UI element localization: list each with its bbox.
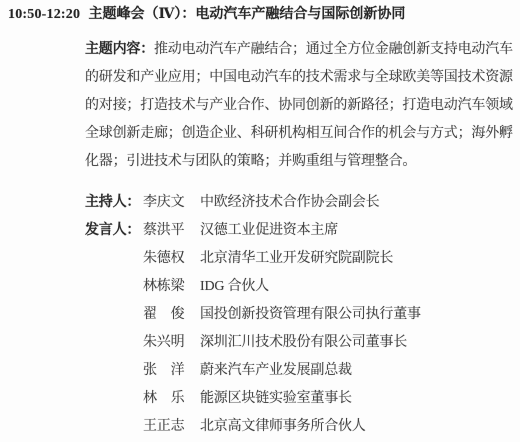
participant-row: 发言人： 蔡洪平 汉德工业促进资本主席	[85, 217, 520, 245]
topic-paragraph: 主题内容：推动电动汽车产融结合；通过全方位金融创新支持电动汽车 的研发和产业应用…	[85, 36, 515, 176]
participant-org: 蔚来汽车产业发展副总裁	[200, 357, 520, 385]
participant-name: 翟 俊	[143, 301, 200, 329]
participant-row: 林栋梁 IDG 合伙人	[85, 273, 520, 301]
participant-name: 林 乐	[143, 385, 200, 413]
participant-name: 蔡洪平	[143, 217, 200, 245]
participant-role-label	[85, 245, 143, 273]
participant-org: 国投创新投资管理有限公司执行董事	[200, 301, 520, 329]
participant-name: 李庆文	[143, 189, 200, 217]
participant-name: 张 洋	[143, 357, 200, 385]
topic-line: 的对接；打造技术与产业合作、协同创新的新路径；打造电动汽车领域	[85, 92, 515, 120]
topic-line: 全球创新走廊；创造企业、科研机构相互间合作的机会与方式；海外孵	[85, 120, 515, 148]
participant-org: 能源区块链实验室董事长	[200, 385, 520, 413]
participant-row: 朱兴明 深圳汇川技术股份有限公司董事长	[85, 329, 520, 357]
participant-role-label	[85, 385, 143, 413]
participant-org: 北京清华工业开发研究院副院长	[200, 245, 520, 273]
session-title-row: 10:50-12:20 主题峰会（Ⅳ）：电动汽车产融结合与国际创新协同	[8, 4, 516, 26]
participant-org: 北京高文律师事务所合伙人	[200, 413, 520, 441]
participant-role-label: 发言人：	[85, 217, 143, 245]
participant-row: 王正志 北京高文律师事务所合伙人	[85, 413, 520, 441]
participants-list: 主持人： 李庆文 中欧经济技术合作协会副会长 发言人： 蔡洪平 汉德工业促进资本…	[85, 189, 520, 441]
participant-row: 主持人： 李庆文 中欧经济技术合作协会副会长	[85, 189, 520, 217]
participant-org: 深圳汇川技术股份有限公司董事长	[200, 329, 520, 357]
topic-label: 主题内容：	[85, 42, 154, 57]
session-title: 主题峰会（Ⅳ）：电动汽车产融结合与国际创新协同	[89, 7, 406, 22]
participant-row: 朱德权 北京清华工业开发研究院副院长	[85, 245, 520, 273]
participant-role-label	[85, 357, 143, 385]
agenda-document: 10:50-12:20 主题峰会（Ⅳ）：电动汽车产融结合与国际创新协同 主题内容…	[0, 0, 520, 442]
participant-name: 朱兴明	[143, 329, 200, 357]
participant-row: 翟 俊 国投创新投资管理有限公司执行董事	[85, 301, 520, 329]
participant-role-label	[85, 301, 143, 329]
participant-org: IDG 合伙人	[200, 273, 520, 301]
topic-line: 的研发和产业应用；中国电动汽车的技术需求与全球欧美等国技术资源	[85, 64, 515, 92]
topic-line: 主题内容：推动电动汽车产融结合；通过全方位金融创新支持电动汽车	[85, 36, 515, 64]
participant-role-label: 主持人：	[85, 189, 143, 217]
participant-row: 林 乐 能源区块链实验室董事长	[85, 385, 520, 413]
topic-line: 化器；引进技术与团队的策略；并购重组与管理整合。	[85, 148, 515, 176]
participant-name: 林栋梁	[143, 273, 200, 301]
participant-name: 朱德权	[143, 245, 200, 273]
participant-name: 王正志	[143, 413, 200, 441]
participant-org: 中欧经济技术合作协会副会长	[200, 189, 520, 217]
participant-role-label	[85, 413, 143, 441]
participant-row: 张 洋 蔚来汽车产业发展副总裁	[85, 357, 520, 385]
participant-role-label	[85, 273, 143, 301]
participant-org: 汉德工业促进资本主席	[200, 217, 520, 245]
participant-role-label	[85, 329, 143, 357]
session-time: 10:50-12:20	[8, 4, 85, 26]
topic-line-text: 推动电动汽车产融结合；通过全方位金融创新支持电动汽车	[154, 42, 513, 57]
